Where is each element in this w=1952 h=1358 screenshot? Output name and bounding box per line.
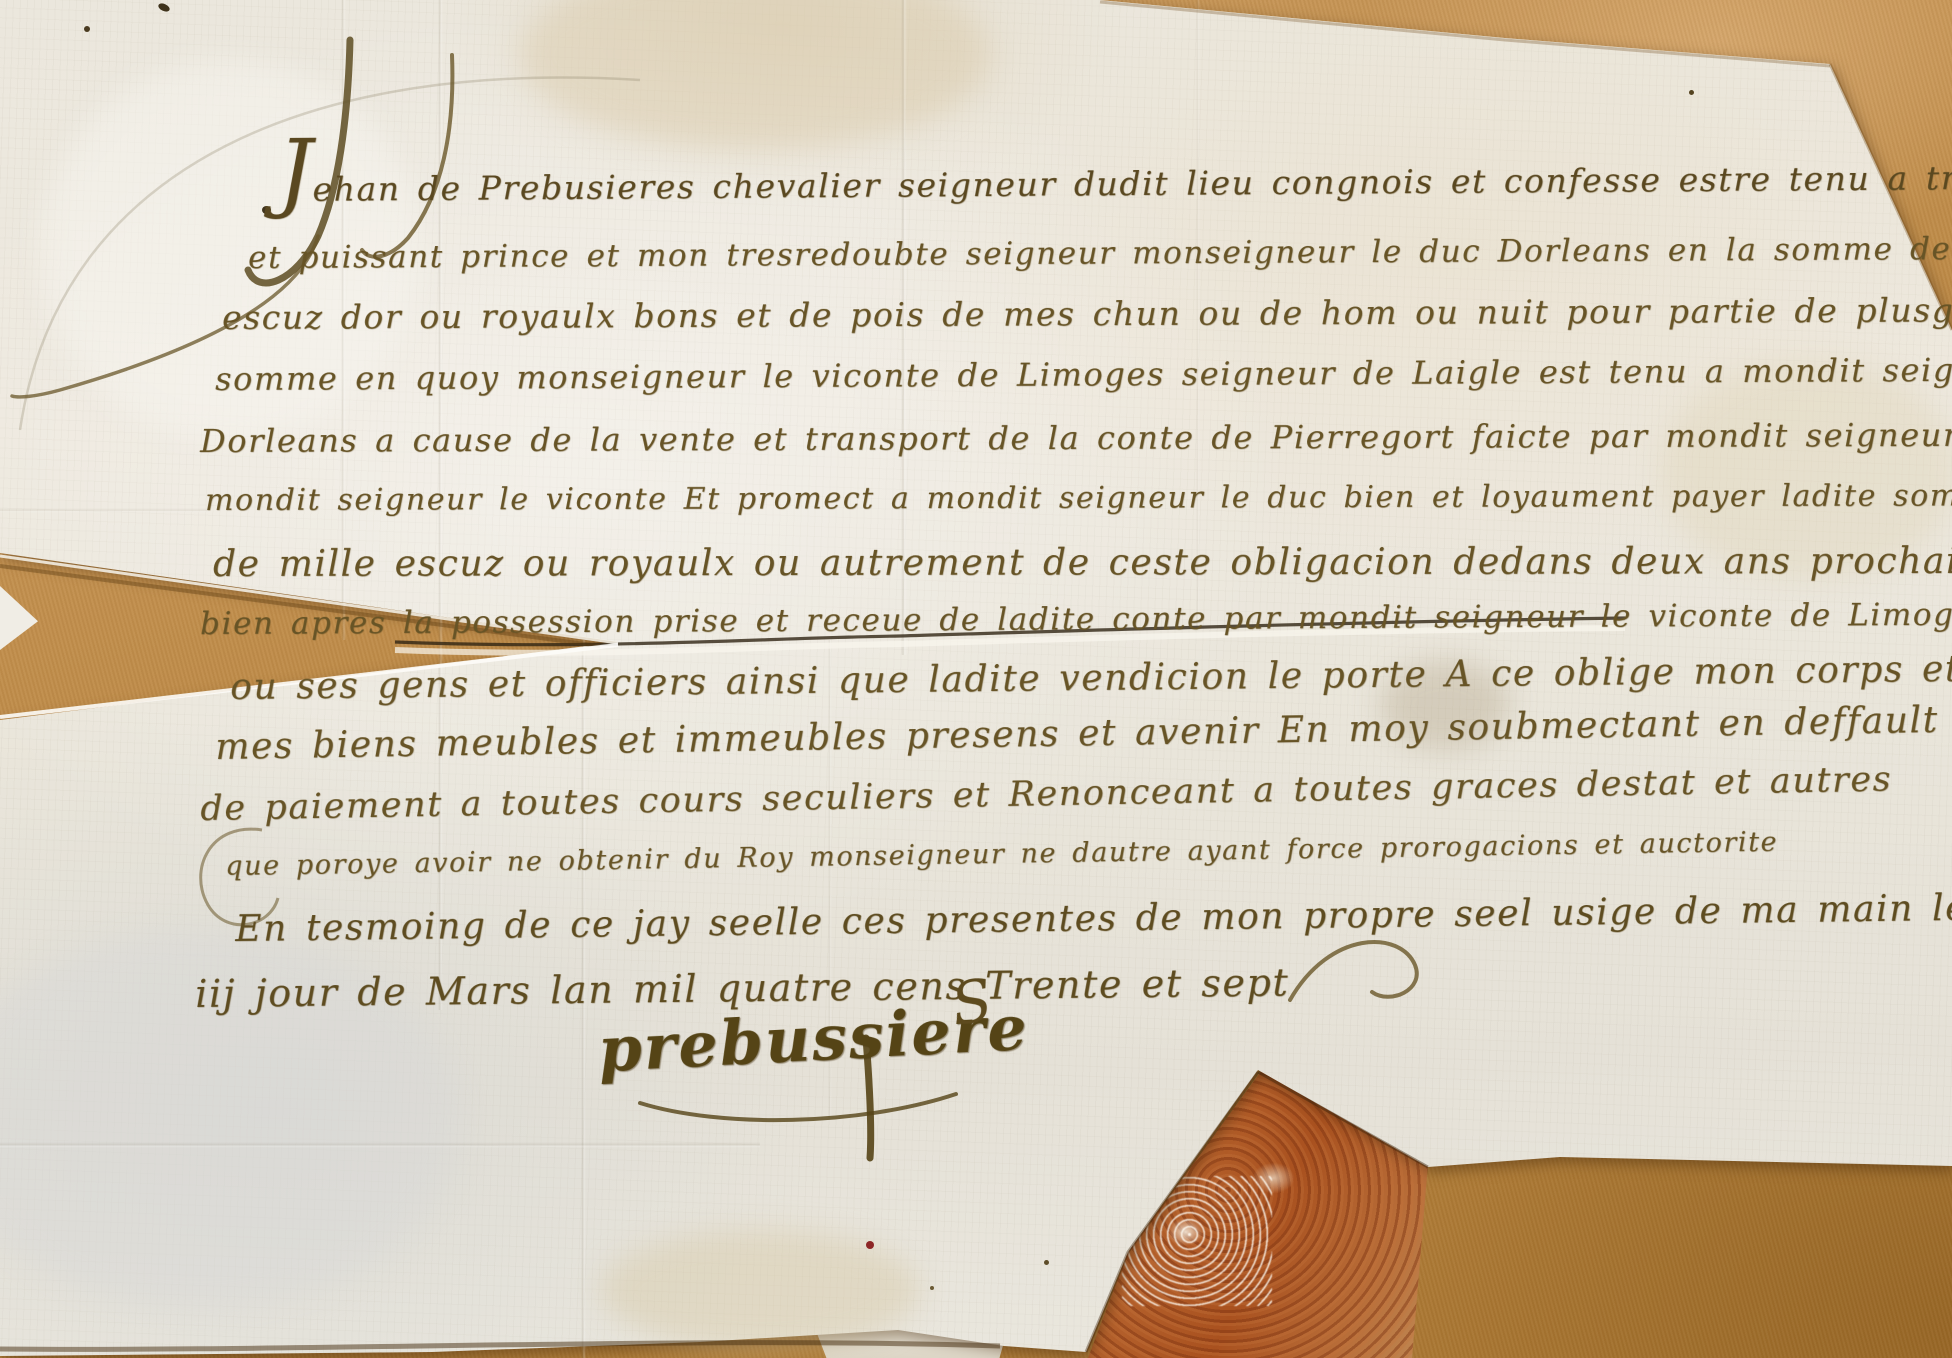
- manuscript-line: mondit seigneur le viconte Et promect a …: [205, 478, 1952, 518]
- ink-speck: [930, 1286, 934, 1290]
- red-ink-dot: [866, 1241, 874, 1249]
- manuscript-line: de mille escuz ou royaulx ou autrement d…: [213, 541, 1952, 585]
- ink-speck: [262, 206, 271, 214]
- manuscript-line: escuz dor ou royaulx bons et de pois de …: [222, 290, 1952, 337]
- ink-speck: [1689, 90, 1694, 95]
- ink-speck: [1044, 1260, 1049, 1265]
- photo-scene: Jehan de Prebusieres chevalier seigneur …: [0, 0, 1952, 1358]
- manuscript-line: Dorleans a cause de la vente et transpor…: [200, 416, 1952, 460]
- ink-speck: [84, 26, 90, 32]
